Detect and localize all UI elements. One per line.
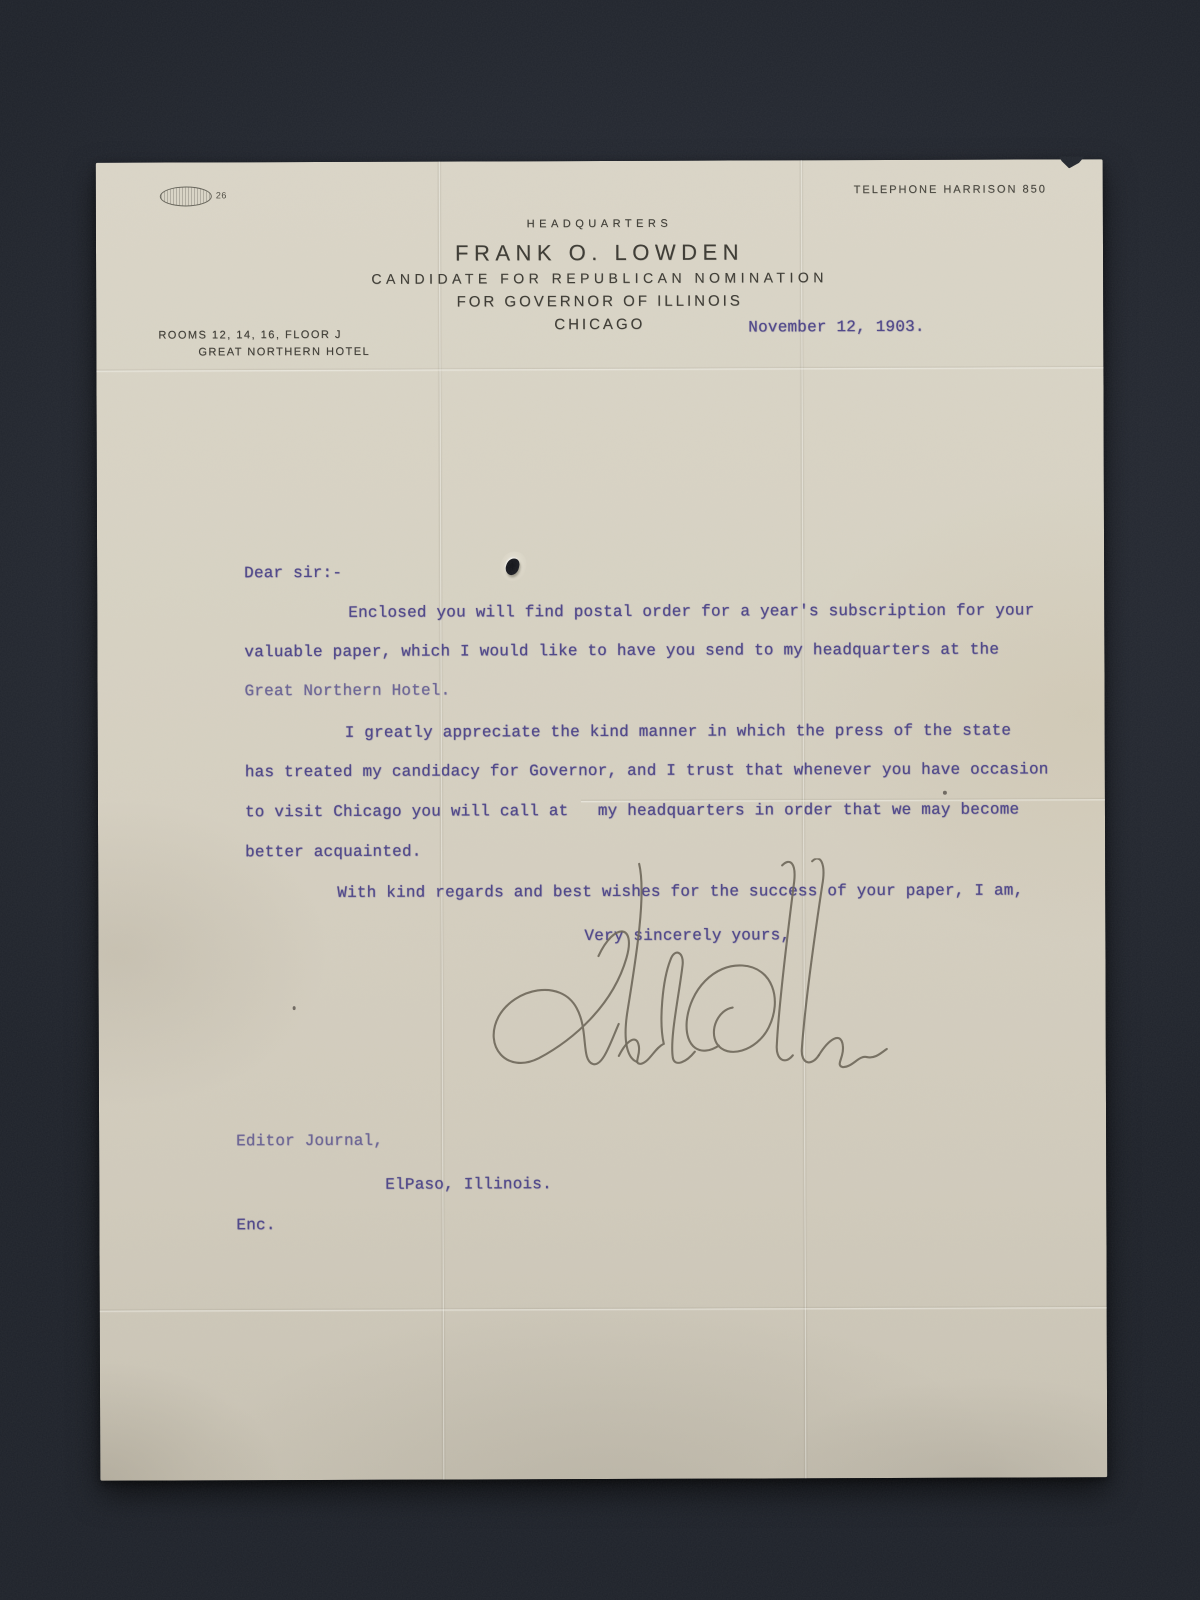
- signature-stroke: [819, 1038, 887, 1067]
- letter-paper: 26 TELEPHONE HARRISON 850 HEADQUARTERS F…: [96, 159, 1108, 1481]
- signature-stroke: [776, 862, 795, 1061]
- signature-stroke: [801, 858, 824, 1062]
- telephone-line: TELEPHONE HARRISON 850: [854, 183, 1047, 196]
- paragraph2-line1: I greatly appreciate the kind manner in …: [345, 722, 1012, 742]
- paragraph1-line1: Enclosed you will find postal order for …: [348, 601, 1034, 621]
- signature-stroke: [618, 953, 694, 1064]
- horizontal-fold-crease-top: [96, 365, 1103, 373]
- letterhead-candidacy-line: CANDIDATE FOR REPUBLICAN NOMINATION: [96, 268, 1103, 288]
- salutation: Dear sir:-: [244, 564, 342, 582]
- paragraph1-line3: Great Northern Hotel.: [245, 682, 451, 701]
- horizontal-fold-crease-bottom: [100, 1305, 1107, 1313]
- union-label-oval-icon: [160, 186, 212, 206]
- recipient-line1: Editor Journal,: [236, 1132, 383, 1151]
- signature-stroke: [686, 965, 775, 1052]
- paragraph2-line3: to visit Chicago you will call at my hea…: [245, 801, 1019, 822]
- signature-stroke: [625, 864, 642, 1062]
- paragraph1-line2: valuable paper, which I would like to ha…: [244, 641, 999, 662]
- paper-speck: [293, 1006, 296, 1010]
- photo-background: 26 TELEPHONE HARRISON 850 HEADQUARTERS F…: [0, 0, 1200, 1600]
- letterhead-candidate-name: FRANK O. LOWDEN: [96, 238, 1103, 268]
- ink-speck: [943, 791, 947, 795]
- union-printing-label: 26: [160, 186, 230, 206]
- union-label-number: 26: [216, 190, 227, 200]
- letterhead-headquarters: HEADQUARTERS: [96, 216, 1103, 232]
- letter-date: November 12, 1903.: [748, 318, 924, 337]
- paragraph2-line2: has treated my candidacy for Governor, a…: [245, 760, 1049, 781]
- punch-hole-core: [504, 557, 520, 576]
- letterhead-office-line: FOR GOVERNOR OF ILLINOIS: [96, 291, 1103, 312]
- signature-frank-o-lowden: [486, 858, 892, 1091]
- letterhead-hotel-line: GREAT NORTHERN HOTEL: [198, 346, 370, 359]
- signature-stroke: [493, 931, 629, 1064]
- torn-edge-nick: [1059, 156, 1085, 168]
- paragraph2-line4: better acquainted.: [245, 843, 421, 862]
- letterhead-rooms-line: ROOMS 12, 14, 16, FLOOR J: [158, 329, 342, 342]
- recipient-line2: ElPaso, Illinois.: [385, 1175, 552, 1194]
- punch-hole: [497, 549, 529, 584]
- signature-text: Frank O Lowden: [96, 163, 97, 164]
- enclosure-note: Enc.: [236, 1216, 275, 1234]
